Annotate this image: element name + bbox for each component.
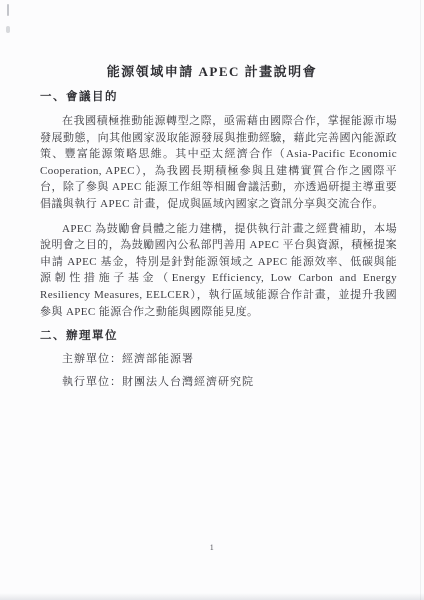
page-number: 1	[0, 543, 424, 552]
scan-artifact	[7, 4, 9, 16]
paragraph-purpose-2: APEC 為鼓勵會員體之能力建構，提供執行計畫之經費補助，本場說明會之目的，為鼓…	[40, 221, 397, 321]
scan-artifact	[6, 26, 10, 33]
executing-unit-line: 執行單位：財團法人台灣經濟研究院	[62, 375, 397, 390]
scanned-document-page: 能源領域申請 APEC 計畫說明會 一、會議目的 在我國積極推動能源轉型之際，亟…	[0, 0, 424, 600]
host-unit-line: 主辦單位：經濟部能源署	[62, 352, 397, 367]
paragraph-purpose-1: 在我國積極推動能源轉型之際，亟需藉由國際合作，掌握能源市場發展動態，向其他國家汲…	[40, 113, 397, 213]
scan-edge-line	[420, 0, 421, 600]
section-heading-meeting-purpose: 一、會議目的	[40, 90, 397, 105]
document-body: 一、會議目的 在我國積極推動能源轉型之際，亟需藉由國際合作，掌握能源市場發展動態…	[40, 86, 397, 390]
document-title: 能源領域申請 APEC 計畫說明會	[0, 61, 424, 80]
section-heading-organizers: 二、辦理單位	[40, 329, 397, 344]
